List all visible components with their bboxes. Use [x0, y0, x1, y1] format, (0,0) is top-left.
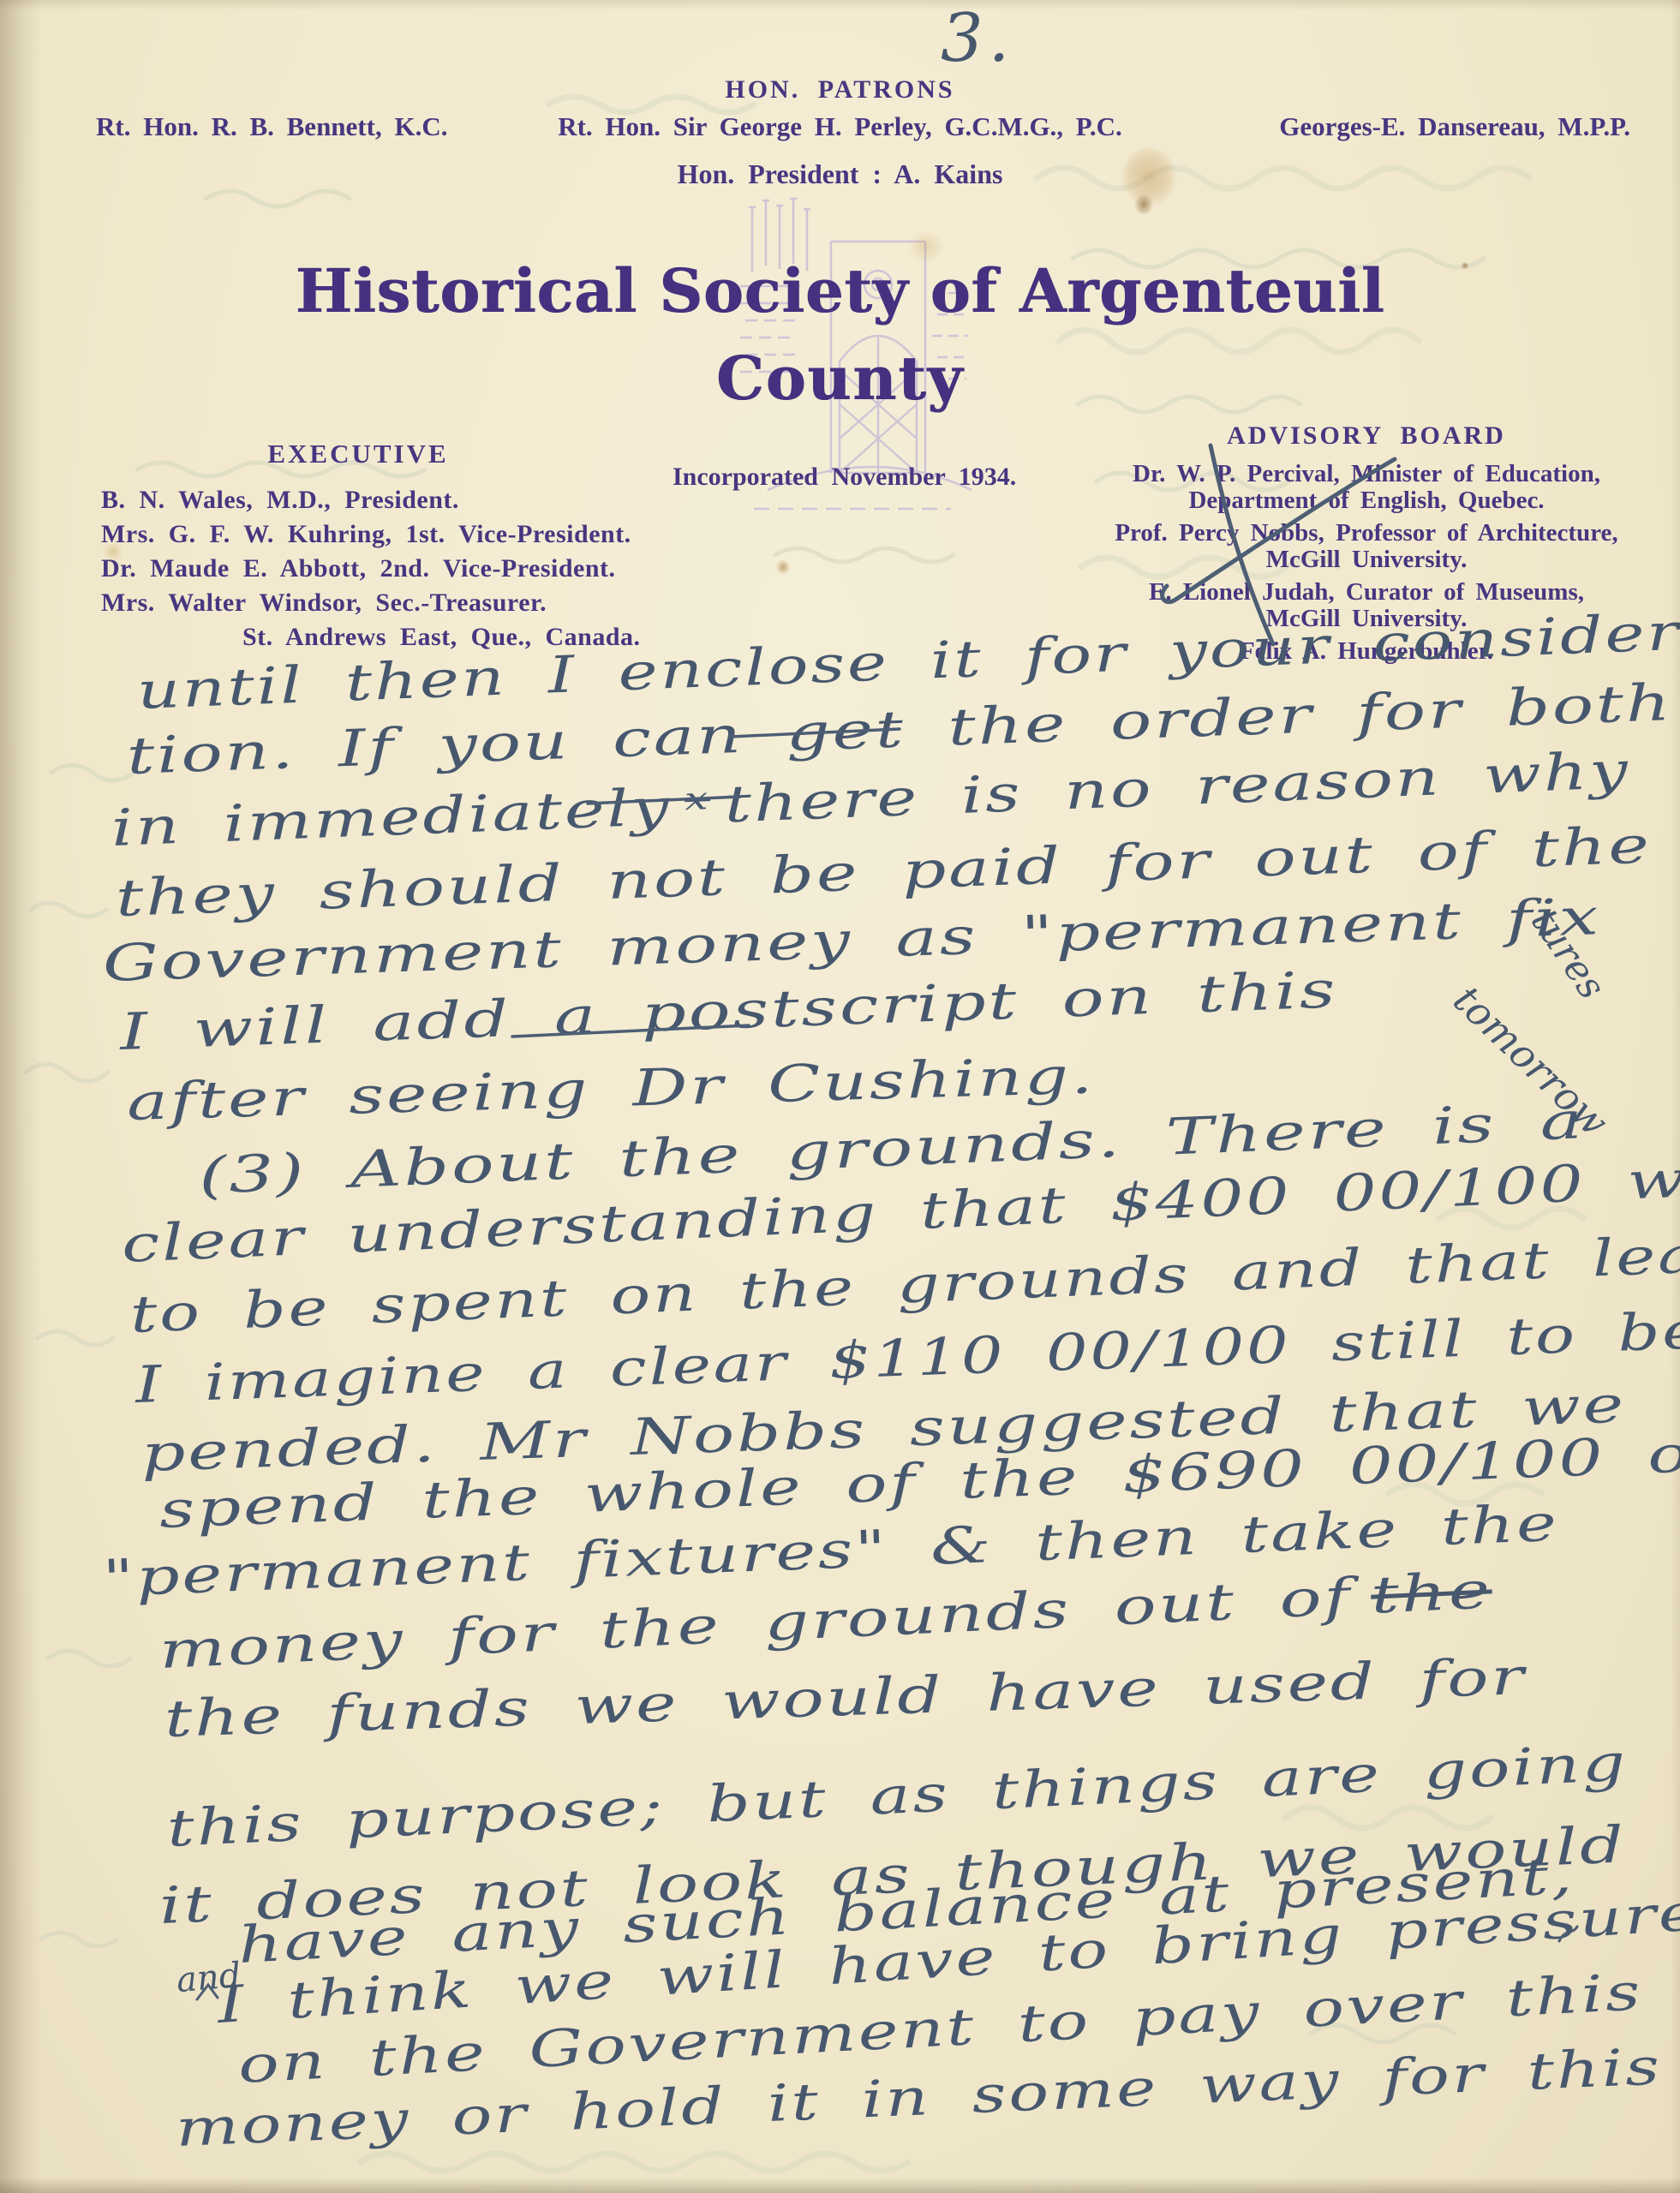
executive-member: Dr. Maude E. Abbott, 2nd. Vice-President… — [101, 552, 615, 586]
scan-edge-shadow — [0, 0, 1680, 10]
handwritten-text: in immediately — [111, 777, 673, 857]
president-line: Hon. President : A. Kains — [0, 158, 1680, 190]
advisory-member-line: McGill University. — [1067, 547, 1666, 573]
executive-heading: EXECUTIVE — [101, 439, 615, 469]
patrons-heading: HON. PATRONS — [0, 75, 1680, 105]
letter-page: 3. HON. PATRONS Rt. Hon. R. B. Bennett, … — [0, 0, 1680, 2193]
executive-member: B. N. Wales, M.D., President. — [101, 483, 615, 517]
stain — [774, 557, 792, 577]
executive-section: EXECUTIVE B. N. Wales, M.D., President. … — [101, 439, 615, 654]
advisory-member-line: Department of English, Quebec. — [1067, 487, 1666, 514]
patron-name: Georges-E. Dansereau, M.P.P. — [1279, 111, 1630, 142]
advisory-heading: ADVISORY BOARD — [1067, 421, 1666, 451]
page-number: 3. — [941, 0, 1014, 77]
advisory-member-line: Dr. W. P. Percival, Minister of Educatio… — [1067, 461, 1666, 487]
advisory-member-line: E. Lionel Judah, Curator of Museums, — [1067, 579, 1666, 606]
scan-edge-shadow — [0, 2178, 1680, 2193]
scan-edge-shadow — [1670, 0, 1680, 2193]
society-title-line2: County — [0, 343, 1680, 414]
advisory-member: Prof. Percy Nobbs, Professor of Architec… — [1067, 520, 1666, 573]
society-title-line1: Historical Society of Argenteuil — [0, 255, 1680, 326]
advisory-member-line: Prof. Percy Nobbs, Professor of Architec… — [1067, 520, 1666, 547]
executive-member: Mrs. Walter Windsor, Sec.-Treasurer. — [101, 586, 615, 620]
advisory-member: Dr. W. P. Percival, Minister of Educatio… — [1067, 461, 1666, 514]
executive-member: Mrs. G. F. W. Kuhring, 1st. Vice-Preside… — [101, 517, 615, 552]
stain — [1131, 190, 1157, 219]
inserted-x-mark: x — [684, 781, 710, 817]
scan-edge-shadow — [0, 0, 41, 2193]
struck-out-word: the — [1370, 1560, 1494, 1624]
incorporated-line: Incorporated November 1934. — [673, 463, 1016, 492]
